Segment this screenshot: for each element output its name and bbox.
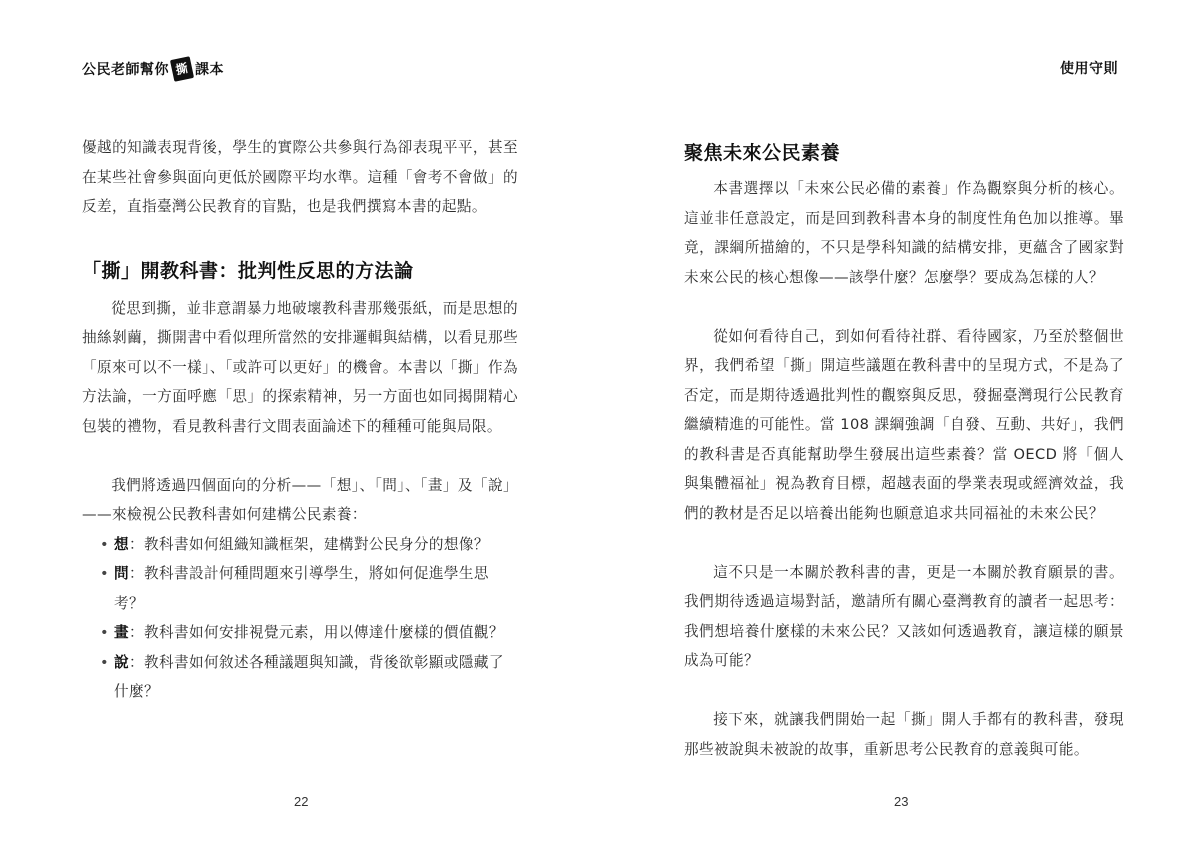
facet-item-ask: 問：教科書設計何種問題來引導學生，將如何促進學生思考？: [104, 559, 518, 618]
section-heading-methodology: 「撕」開教科書：批判性反思的方法論: [82, 256, 518, 286]
paragraph: 本書選擇以「未來公民必備的素養」作為觀察與分析的核心。這並非任意設定，而是回到教…: [684, 174, 1124, 292]
book-title-running-head: 公民老師幫你 撕 課本: [82, 58, 224, 80]
page-number: 23: [894, 794, 908, 809]
facet-list: 想：教科書如何組織知識框架，建構對公民身分的想像？ 問：教科書設計何種問題來引導…: [82, 530, 518, 707]
chapter-running-head: 使用守則: [1060, 58, 1118, 78]
paragraph: 接下來，就讓我們開始一起「撕」開人手都有的教科書，發現那些被說與未被說的故事，重…: [684, 705, 1124, 764]
paragraph: 我們將透過四個面向的分析——「想」、「問」、「畫」及「說」——來檢視公民教科書如…: [82, 471, 518, 530]
left-body: 優越的知識表現背後，學生的實際公共參與行為卻表現平平，甚至在某些社會參與面向更低…: [82, 133, 518, 707]
paragraph: 這不只是一本關於教科書的書，更是一本關於教育願景的書。我們期待透過這場對話，邀請…: [684, 558, 1124, 676]
paragraph: 從思到撕，並非意謂暴力地破壞教科書那幾張紙，而是思想的抽絲剝繭，撕開書中看似理所…: [82, 294, 518, 442]
right-body: 聚焦未來公民素養 本書選擇以「未來公民必備的素養」作為觀察與分析的核心。這並非任…: [684, 138, 1124, 764]
paragraph: 從如何看待自己，到如何看待社群、看待國家，乃至於整個世界，我們希望「撕」開這些議…: [684, 322, 1124, 529]
page-number: 22: [294, 794, 308, 809]
tear-logo-icon: 撕: [170, 56, 194, 82]
right-page: 使用守則 聚焦未來公民素養 本書選擇以「未來公民必備的素養」作為觀察與分析的核心…: [600, 0, 1200, 850]
section-heading-future-citizenship: 聚焦未來公民素養: [684, 138, 1124, 168]
book-title-part2: 課本: [195, 59, 224, 79]
facet-item-say: 說：教科書如何敘述各種議題與知識，背後欲彰顯或隱藏了什麼？: [104, 648, 518, 707]
facet-item-draw: 畫：教科書如何安排視覺元素，用以傳達什麼樣的價值觀？: [104, 618, 518, 648]
facet-item-think: 想：教科書如何組織知識框架，建構對公民身分的想像？: [104, 530, 518, 560]
intro-paragraph: 優越的知識表現背後，學生的實際公共參與行為卻表現平平，甚至在某些社會參與面向更低…: [82, 133, 518, 222]
book-title-part1: 公民老師幫你: [82, 59, 169, 79]
left-page: 公民老師幫你 撕 課本 優越的知識表現背後，學生的實際公共參與行為卻表現平平，甚…: [0, 0, 600, 850]
